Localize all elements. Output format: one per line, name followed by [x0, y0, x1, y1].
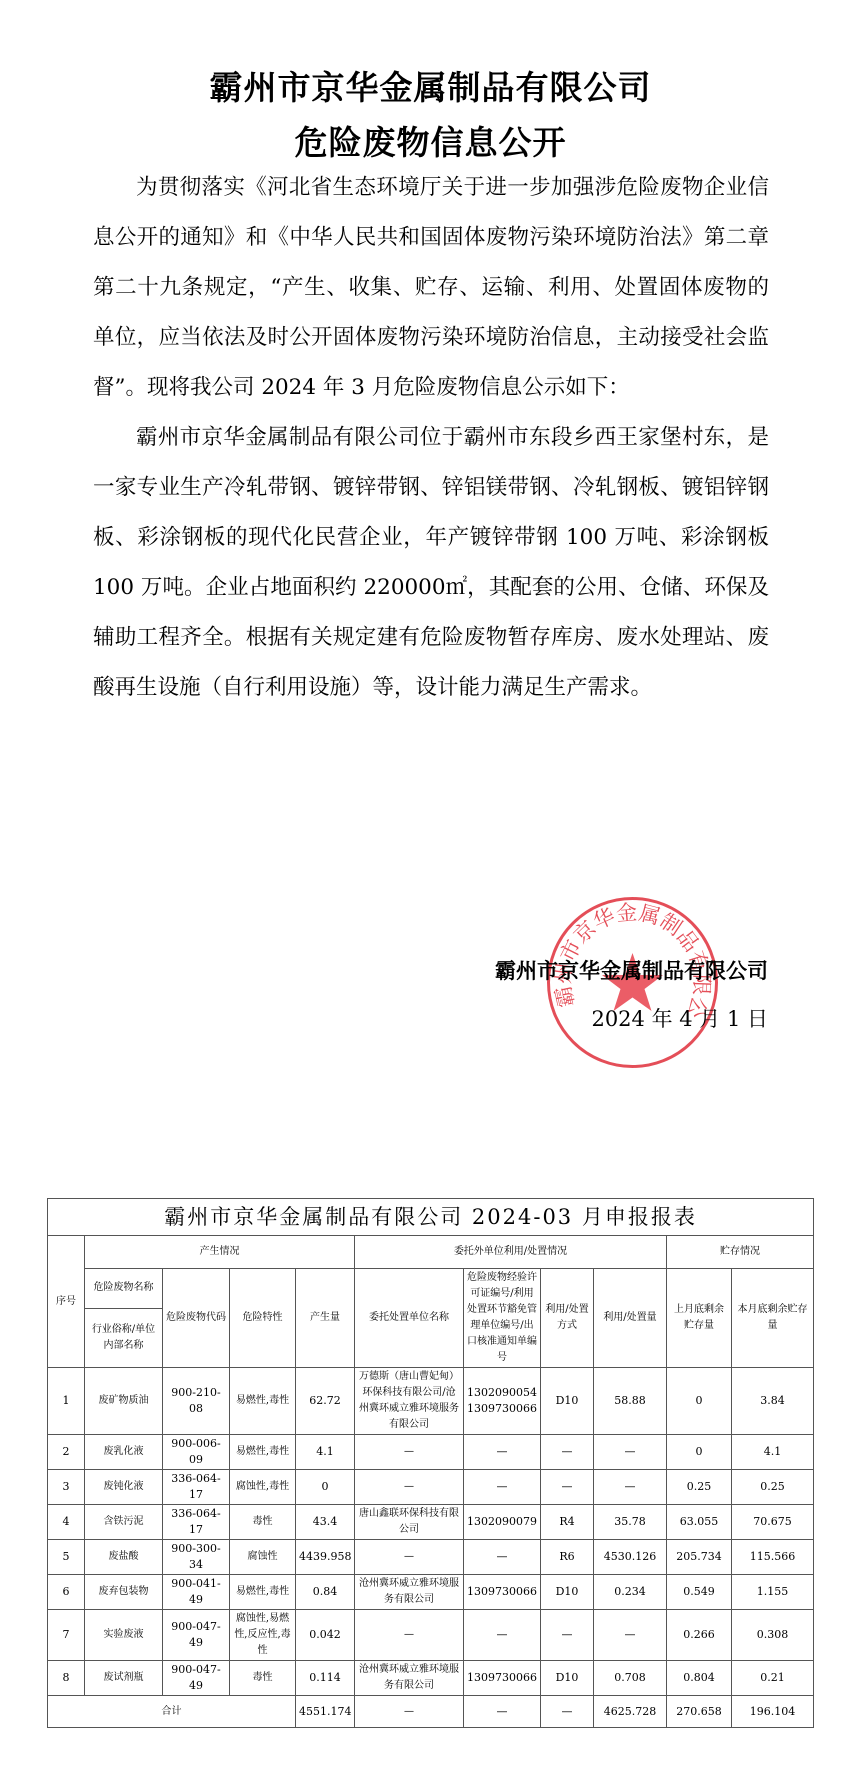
intro-paragraph: 为贯彻落实《河北省生态环境厅关于进一步加强涉危险废物企业信息公开的通知》和《中华…: [93, 163, 769, 413]
header-hazard: 危险特性: [230, 1269, 296, 1368]
header-unit: 委托处置单位名称: [355, 1269, 464, 1368]
header-method: 利用/处置方式: [541, 1269, 594, 1368]
table-row: 1 废矿物质油 900-210-08 易燃性,毒性 62.72 万德斯（唐山曹妃…: [48, 1368, 814, 1435]
signature-date: 2024 年 4 月 1 日: [591, 1003, 768, 1033]
header-name: 危险废物名称: [85, 1269, 163, 1309]
company-description-paragraph: 霸州市京华金属制品有限公司位于霸州市东段乡西王家堡村东，是一家专业生产冷轧带钢、…: [93, 413, 769, 713]
header-disposed: 利用/处置量: [594, 1269, 667, 1368]
header-group-storage: 贮存情况: [667, 1236, 814, 1269]
table-row: 8 废试剂瓶 900-047-49 毒性 0.114 沧州冀环威立雅环境服务有限…: [48, 1661, 814, 1696]
document-title-company: 霸州市京华金属制品有限公司: [0, 62, 861, 109]
table-row: 2 废乳化液 900-006-09 易燃性,毒性 4.1 — — — — 0 4…: [48, 1435, 814, 1470]
header-amount: 产生量: [296, 1269, 355, 1368]
header-last-stock: 上月底剩余贮存量: [667, 1269, 732, 1368]
table-row: 3 废钝化液 336-064-17 腐蚀性,毒性 0 — — — — 0.25 …: [48, 1470, 814, 1505]
header-group-disposal: 委托外单位利用/处置情况: [355, 1236, 667, 1269]
table-row: 5 废盐酸 900-300-34 腐蚀性 4439.958 — — R6 453…: [48, 1540, 814, 1575]
header-group-production: 产生情况: [85, 1236, 355, 1269]
table-row: 6 废弃包装物 900-041-49 易燃性,毒性 0.84 沧州冀环威立雅环境…: [48, 1575, 814, 1610]
header-alias: 行业俗称/单位内部名称: [85, 1308, 163, 1367]
header-this-stock: 本月底剩余贮存量: [732, 1269, 814, 1368]
signature-company: 霸州市京华金属制品有限公司: [495, 955, 768, 985]
document-title-subtitle: 危险废物信息公开: [0, 117, 861, 164]
hazardous-waste-report-table: 霸州市京华金属制品有限公司 2024-03 月申报报表 序号 产生情况 委托外单…: [47, 1198, 814, 1728]
total-label: 合计: [48, 1696, 296, 1728]
table-row: 7 实验废液 900-047-49 腐蚀性,易燃性,反应性,毒性 0.042 —…: [48, 1610, 814, 1661]
header-license: 危险废物经验许可证编号/利用处置环节豁免管理单位编号/出口核准通知单编号: [464, 1269, 541, 1368]
header-seq: 序号: [48, 1236, 85, 1368]
header-code: 危险废物代码: [163, 1269, 230, 1368]
table-row: 4 含铁污泥 336-064-17 毒性 43.4 唐山鑫联环保科技有限公司 1…: [48, 1505, 814, 1540]
table-total-row: 合计 4551.174 — — — 4625.728 270.658 196.1…: [48, 1696, 814, 1728]
table-caption: 霸州市京华金属制品有限公司 2024-03 月申报报表: [48, 1199, 814, 1236]
